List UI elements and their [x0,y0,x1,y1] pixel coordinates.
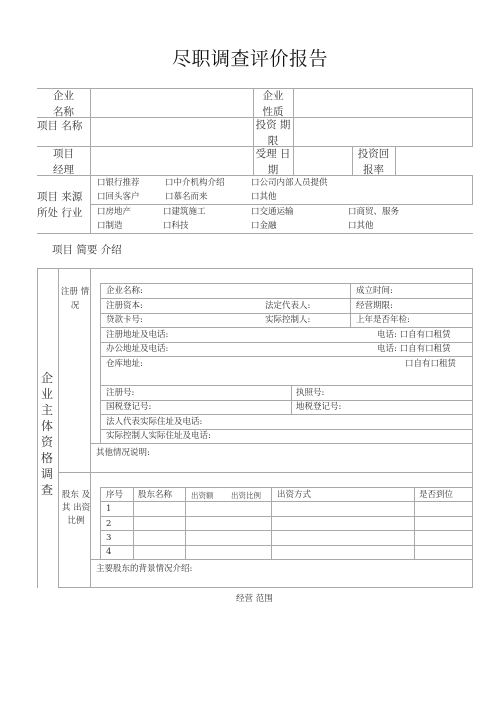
source-option-bank[interactable]: 口银行推荐 [97,177,140,189]
license-no-label: 执照号: [296,387,324,399]
project-name-label: 项目 名称 [37,118,90,134]
source-option-intermediary[interactable]: 口中介机构介绍 [165,177,225,189]
warehouse-address-label: 仓库地址: [106,358,143,370]
col-header-paid-in: 是否到位 [419,489,453,501]
controller-address-label: 实际控制人实际住址及电话: [106,430,211,442]
industry-option-transport[interactable]: 口交通运输 [251,206,294,218]
annual-check-label: 上年是否年检: [356,314,410,326]
project-name-field[interactable] [91,118,252,145]
return-rate-field[interactable] [396,147,472,174]
registration-label: 注册 情况 [60,285,90,313]
loan-card-label: 贷款卡号: [106,314,143,326]
actual-controller-label: 实际控制人: [265,314,310,326]
company-type-label: 企业性质 [253,88,293,120]
reg-no-label: 注册号: [106,387,134,399]
table-row: 4 [106,546,111,558]
industry-option-finance[interactable]: 口金融 [251,220,277,232]
page-title: 尽职调查评价报告 [0,44,500,71]
company-name-field-label: 企业名称: [106,285,143,297]
col-header-seq: 序号 [106,489,123,501]
accept-date-label: 受理 日期 [253,146,293,178]
col-header-amount: 出资额 [191,490,214,501]
col-header-ratio: 出资比例 [231,490,261,501]
industry-option-manufacturing[interactable]: 口制造 [97,220,123,232]
local-tax-label: 地税登记号: [296,401,341,413]
business-scope-heading: 经营 范围 [236,593,273,605]
col-header-method: 出资方式 [277,489,311,501]
source-option-internal[interactable]: 口公司内部人员提供 [251,177,328,189]
registered-capital-label: 注册资本: [106,300,143,312]
table-row: 2 [106,518,111,530]
other-notes-label: 其他情况说明: [96,447,150,459]
return-rate-label: 投资回报率 [352,146,395,178]
table-row: 1 [106,503,111,515]
source-option-returning[interactable]: 口回头客户 [97,191,140,203]
shareholders-label: 股东 及 其 出资 比例 [60,489,92,528]
industry-option-trade[interactable]: 口商贸、服务 [348,206,399,218]
entity-qualification-label: 企业 主体 资格 调查 [39,370,55,498]
established-date-label: 成立时间: [356,285,393,297]
table-row: 3 [106,532,111,544]
project-manager-label: 项目经理 [37,146,90,178]
source-option-reputation[interactable]: 口慕名而来 [165,191,208,203]
company-name-field[interactable] [91,89,252,116]
industry-label: 所处 行业 [37,205,92,221]
industry-option-tech[interactable]: 口科技 [163,220,189,232]
col-header-shareholder-name: 股东名称 [138,489,172,501]
source-option-other[interactable]: 口其他 [251,191,277,203]
office-address-label: 办公地址及电话: [106,343,168,355]
legal-rep-label: 法定代表人: [265,300,310,312]
warehouse-ownership[interactable]: 口自有口租赁 [405,358,456,370]
investment-period-field[interactable] [294,118,472,145]
company-type-field[interactable] [294,89,472,116]
industry-option-construction[interactable]: 口建筑施工 [163,206,206,218]
project-manager-field[interactable] [91,147,252,174]
reg-address-label: 注册地址及电话: [106,329,168,341]
project-source-label: 项目 来源 [37,189,92,205]
section-intro-heading: 项目 简要 介绍 [52,243,122,257]
reg-phone-ownership[interactable]: 电话: 口自有口租赁 [377,329,451,341]
investment-period-label: 投资 期限 [253,117,293,149]
office-phone-ownership[interactable]: 电话: 口自有口租赁 [377,343,451,355]
national-tax-label: 国税登记号: [106,401,151,413]
company-name-label: 企业名称 [37,88,90,120]
business-term-label: 经营期限: [356,300,393,312]
industry-option-other[interactable]: 口其他 [348,220,374,232]
industry-option-real-estate[interactable]: 口房地产 [97,206,131,218]
accept-date-field[interactable] [294,147,351,174]
shareholder-background-label: 主要股东的背景情况介绍: [96,563,192,575]
legal-rep-address-label: 法人代表实际住址及电话: [106,416,202,428]
